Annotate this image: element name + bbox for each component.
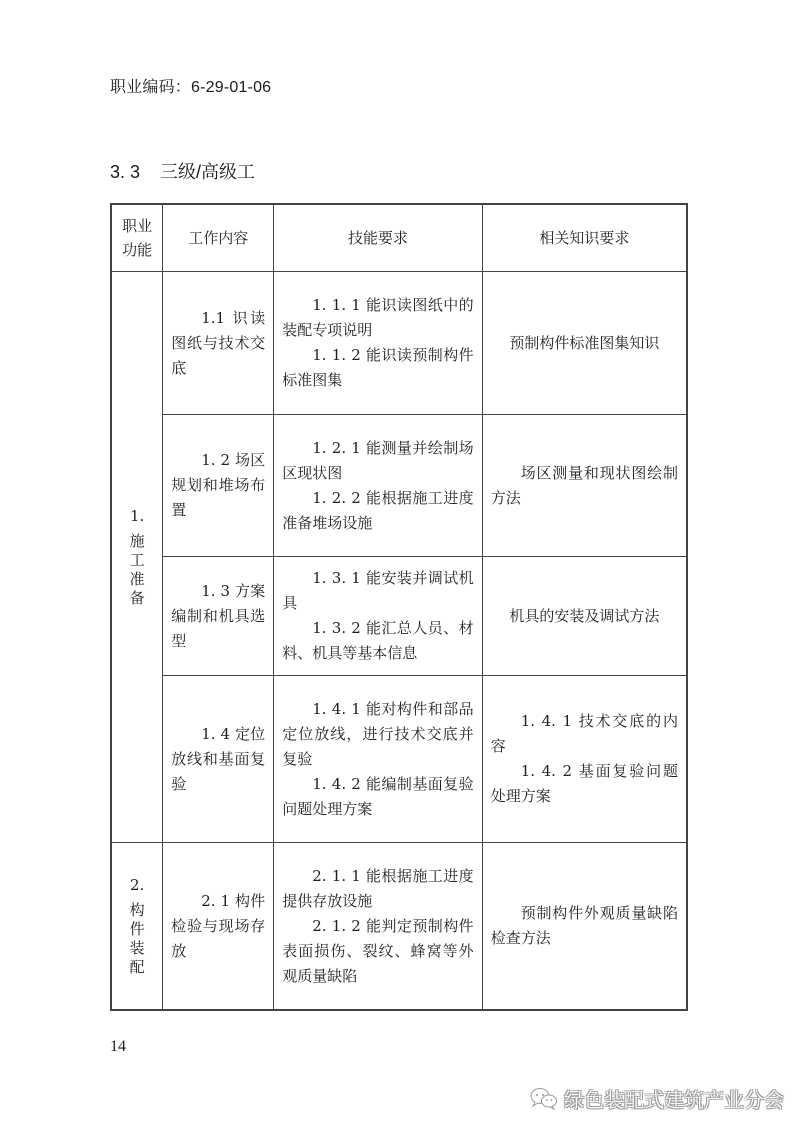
table-header-row: 职业 功能 工作内容 技能要求 相关知识要求 [111,204,687,272]
watermark: 绿色装配式建筑产业分会 [530,1084,784,1113]
skill-item: 2. 1. 2 能判定预制构件表面损伤、裂纹、蜂窝等外观质量缺陷 [282,914,473,989]
watermark-text: 绿色装配式建筑产业分会 [564,1084,784,1113]
function-number: 2. [116,876,158,895]
skills-cell: 1. 3. 1 能安装并调试机具 1. 3. 2 能汇总人员、材料、机具等基本信… [274,557,482,676]
skill-item: 1. 1. 1 能识读图纸中的装配专项说明 [282,293,473,343]
work-content-cell: 1. 4 定位放线和基面复验 [163,676,274,843]
skill-item: 1. 2. 2 能根据施工进度准备堆场设施 [282,486,473,536]
wechat-icon [530,1087,558,1111]
work-content-cell: 2. 1 构件检验与现场存放 [163,843,274,1011]
skill-item: 1. 4. 2 能编制基面复验问题处理方案 [282,772,473,822]
work-content-cell: 1.1 识读图纸与技术交底 [163,272,274,415]
function-char: 工 [116,551,158,570]
skill-item: 1. 4. 1 能对构件和部品定位放线，进行技术交底并复验 [282,697,473,772]
knowledge-cell: 预制构件外观质量缺陷检查方法 [482,843,687,1011]
work-content-cell: 1. 2 场区规划和堆场布置 [163,415,274,557]
skills-cell: 1. 2. 1 能测量并绘制场区现状图 1. 2. 2 能根据施工进度准备堆场设… [274,415,482,557]
table-row: 1. 2 场区规划和堆场布置 1. 2. 1 能测量并绘制场区现状图 1. 2.… [111,415,687,557]
skill-item: 1. 1. 2 能识读预制构件标准图集 [282,343,473,393]
skills-cell: 2. 1. 1 能根据施工进度提供存放设施 2. 1. 2 能判定预制构件表面损… [274,843,482,1011]
knowledge-cell: 1. 4. 1 技术交底的内容 1. 4. 2 基面复验问题处理方案 [482,676,687,843]
section-heading: 3. 3三级/高级工 [110,158,255,184]
knowledge-item: 1. 4. 1 技术交底的内容 [491,709,678,759]
knowledge-cell: 机具的安装及调试方法 [482,557,687,676]
knowledge-item: 预制构件标准图集知识 [491,331,678,356]
section-number: 3. 3 [110,162,140,182]
function-char: 件 [116,920,158,939]
col-header-knowledge: 相关知识要求 [482,204,687,272]
table-row: 1. 3 方案编制和机具选型 1. 3. 1 能安装并调试机具 1. 3. 2 … [111,557,687,676]
function-cell-2: 2. 构 件 装 配 [111,843,163,1011]
function-char: 装 [116,939,158,958]
col-header-function: 职业 功能 [111,204,163,272]
skill-item: 1. 3. 1 能安装并调试机具 [282,566,473,616]
skill-item: 1. 2. 1 能测量并绘制场区现状图 [282,436,473,486]
col-header-work: 工作内容 [163,204,274,272]
knowledge-item: 1. 4. 2 基面复验问题处理方案 [491,759,678,809]
function-char: 准 [116,570,158,589]
col-header-function-line2: 功能 [116,238,158,262]
work-content-cell: 1. 3 方案编制和机具选型 [163,557,274,676]
knowledge-item: 预制构件外观质量缺陷检查方法 [491,901,678,951]
function-char: 构 [116,901,158,920]
function-char: 配 [116,958,158,977]
skill-item: 1. 3. 2 能汇总人员、材料、机具等基本信息 [282,616,473,666]
knowledge-item: 机具的安装及调试方法 [491,604,678,629]
function-char: 施 [116,532,158,551]
skills-cell: 1. 4. 1 能对构件和部品定位放线，进行技术交底并复验 1. 4. 2 能编… [274,676,482,843]
table-row: 1. 4 定位放线和基面复验 1. 4. 1 能对构件和部品定位放线，进行技术交… [111,676,687,843]
function-char: 备 [116,589,158,608]
knowledge-cell: 场区测量和现状图绘制方法 [482,415,687,557]
table-row: 2. 构 件 装 配 2. 1 构件检验与现场存放 2. 1. 1 能根据施工进… [111,843,687,1011]
skill-item: 2. 1. 1 能根据施工进度提供存放设施 [282,864,473,914]
col-header-function-line1: 职业 [116,214,158,238]
occupation-code: 职业编码：6-29-01-06 [110,74,271,97]
table-row: 1. 施 工 准 备 1.1 识读图纸与技术交底 1. 1. 1 能识读图纸中的… [111,272,687,415]
function-number: 1. [116,507,158,526]
col-header-skills: 技能要求 [274,204,482,272]
skills-cell: 1. 1. 1 能识读图纸中的装配专项说明 1. 1. 2 能识读预制构件标准图… [274,272,482,415]
knowledge-cell: 预制构件标准图集知识 [482,272,687,415]
section-title-text: 三级/高级工 [160,162,255,182]
function-cell-1: 1. 施 工 准 备 [111,272,163,843]
skill-standard-table: 职业 功能 工作内容 技能要求 相关知识要求 1. 施 工 准 备 1.1 识读… [110,203,688,1011]
knowledge-item: 场区测量和现状图绘制方法 [491,461,678,511]
page-number: 14 [110,1038,126,1056]
